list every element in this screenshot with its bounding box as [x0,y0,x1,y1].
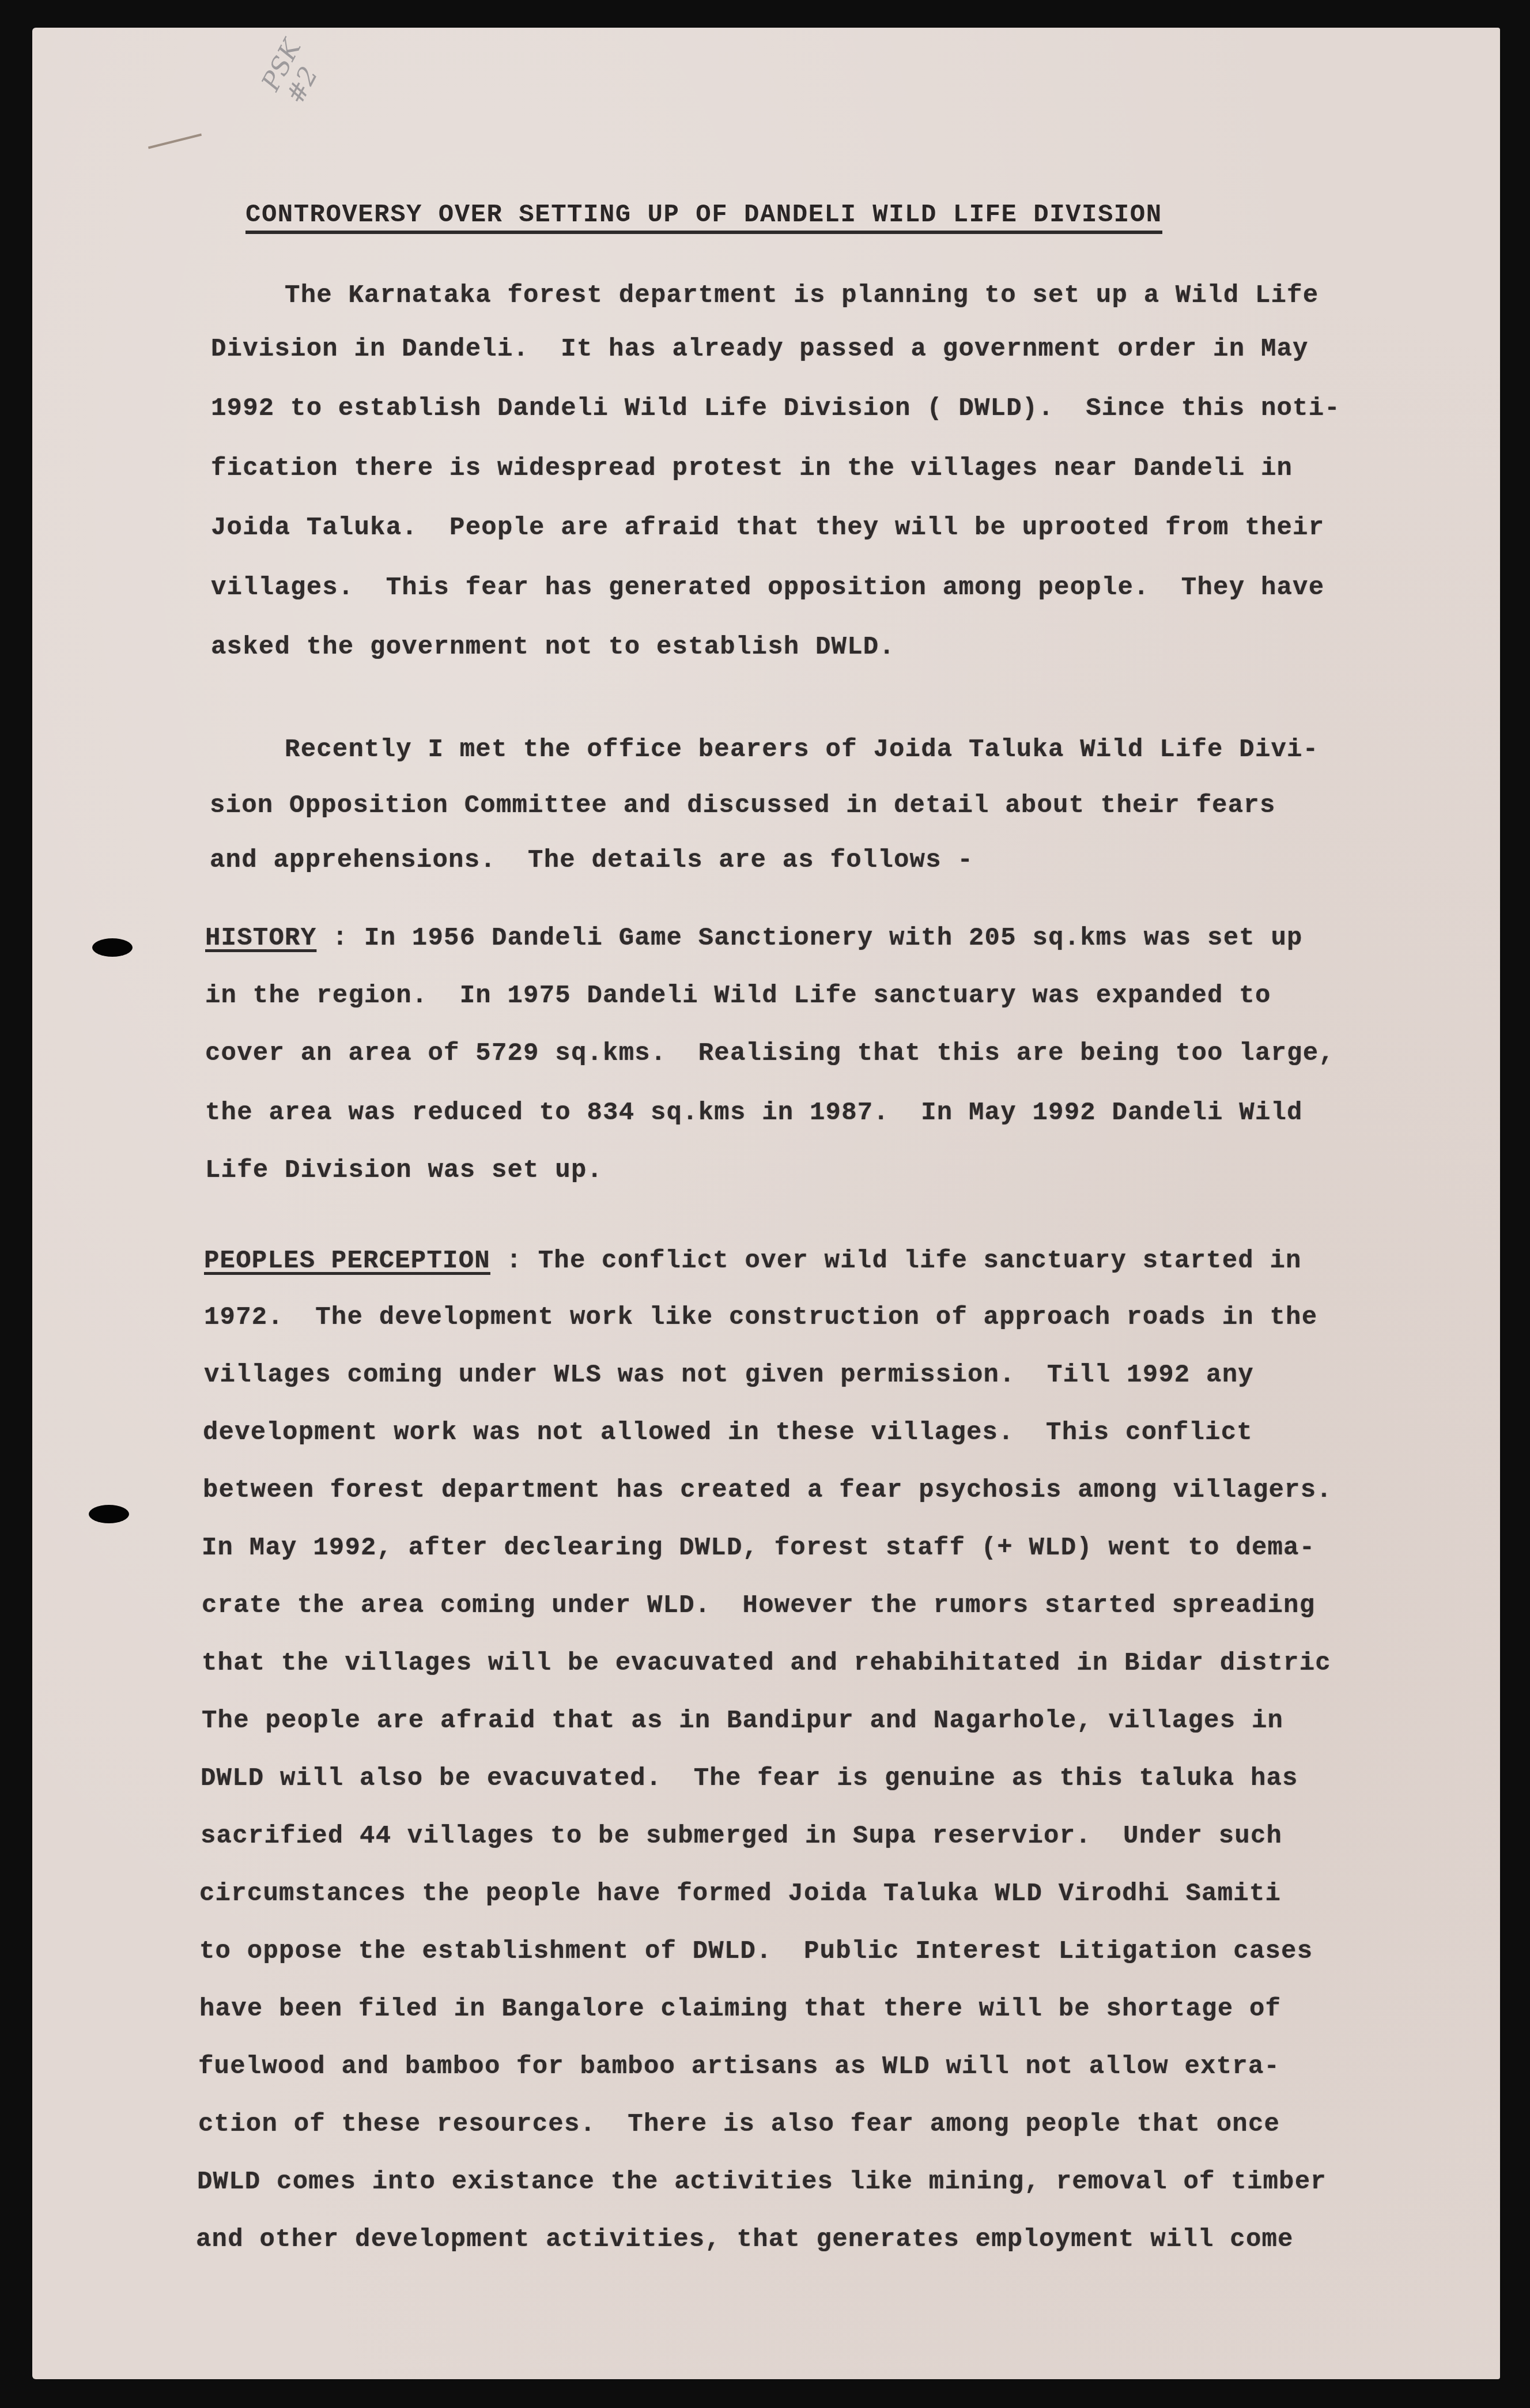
perception-line: The people are afraid that as in Bandipu… [202,1707,1283,1735]
perception-text: : The conflict over wild life sanctuary … [490,1247,1302,1275]
paragraph-1-line: Division in Dandeli. It has already pass… [211,335,1309,364]
perception-line: circumstances the people have formed Joi… [199,1879,1281,1908]
paragraph-2-line: Recently I met the office bearers of Joi… [205,735,1319,764]
paragraph-2-line: and apprehensions. The details are as fo… [210,846,973,875]
perception-line: have been filed in Bangalore claiming th… [199,1995,1281,2024]
history-text: : In 1956 Dandeli Game Sanctionery with … [316,924,1302,953]
punch-hole-top [92,938,133,957]
history-line: cover an area of 5729 sq.kms. Realising … [205,1039,1335,1068]
perception-line: between forest department has created a … [203,1476,1332,1505]
perception-line: 1972. The development work like construc… [204,1303,1317,1332]
history-line: Life Division was set up. [205,1156,603,1185]
document-page: PSK #2 CONTROVERSY OVER SETTING UP OF DA… [32,28,1500,2379]
perception-line: crate the area coming under WLD. However… [202,1591,1315,1620]
perception-line: DWLD comes into existance the activities… [197,2168,1327,2196]
paragraph-1-line: 1992 to establish Dandeli Wild Life Divi… [211,394,1340,423]
paragraph-1-line: asked the government not to establish DW… [211,633,895,662]
paragraph-1-line: fication there is widespread protest in … [211,454,1293,483]
history-line: in the region. In 1975 Dandeli Wild Life… [205,982,1271,1010]
perception-line: and other development activities, that g… [196,2225,1294,2254]
paragraph-1-line: villages. This fear has generated opposi… [211,573,1324,602]
history-first-line: HISTORY : In 1956 Dandeli Game Sanctione… [205,924,1303,953]
pencil-annotation: PSK #2 [257,35,331,108]
perception-line: development work was not allowed in thes… [203,1418,1253,1447]
paragraph-1-line: The Karnataka forest department is plann… [205,281,1319,310]
perception-heading: PEOPLES PERCEPTION [204,1247,490,1275]
perception-line: fuelwood and bamboo for bamboo artisans … [198,2052,1280,2081]
perception-line: villages coming under WLS was not given … [204,1361,1254,1390]
perception-first-line: PEOPLES PERCEPTION : The conflict over w… [204,1247,1302,1275]
paragraph-2-line: sion Opposition Committee and discussed … [210,791,1276,820]
paragraph-1-line: Joida Taluka. People are afraid that the… [211,514,1324,542]
perception-line: that the villages will be evacuvated and… [202,1649,1331,1678]
history-heading: HISTORY [205,924,316,953]
perception-line: sacrified 44 villages to be submerged in… [201,1822,1282,1851]
staple-mark [148,134,202,149]
perception-line: to oppose the establishment of DWLD. Pub… [199,1937,1313,1966]
perception-line: In May 1992, after declearing DWLD, fore… [202,1534,1315,1562]
document-title: CONTROVERSY OVER SETTING UP OF DANDELI W… [245,201,1162,234]
punch-hole-bottom [89,1505,129,1523]
perception-line: ction of these resources. There is also … [198,2110,1280,2139]
history-line: the area was reduced to 834 sq.kms in 19… [205,1099,1303,1127]
perception-line: DWLD will also be evacuvated. The fear i… [201,1764,1298,1793]
